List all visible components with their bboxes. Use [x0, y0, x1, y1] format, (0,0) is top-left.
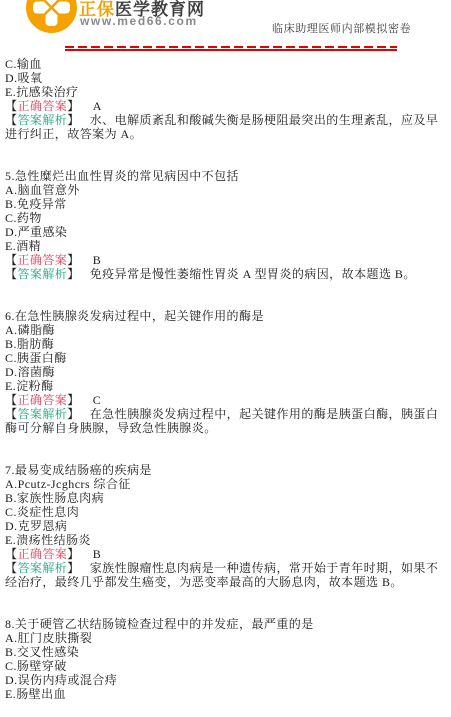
option-item: B.免疫异常: [5, 197, 445, 211]
option-item: A.脑血管意外: [5, 183, 445, 197]
bracket-open: 【: [5, 407, 17, 421]
option-item: E.淀粉酶: [5, 379, 445, 393]
exam-paper-page: 正保医学教育网 www.med66.com 临床助理医师内部模拟密卷 C.输血 …: [0, 0, 451, 717]
answer-analysis-line: 【答案解析】水、电解质紊乱和酸碱失衡是肠梗阻最突出的生理紊乱，应及早进行纠正，故…: [5, 113, 445, 141]
option-item: C.肠壁穿破: [5, 659, 445, 673]
bracket-open: 【: [5, 113, 17, 127]
bracket-open: 【: [5, 267, 17, 281]
page-header: 正保医学教育网 www.med66.com 临床助理医师内部模拟密卷: [0, 0, 451, 52]
question-block-8: 8.关于硬管乙状结肠镜检查过程中的并发症，最严重的是 A.肛门皮肤撕裂 B.交叉…: [5, 617, 445, 701]
option-item: A.肛门皮肤撕裂: [5, 631, 445, 645]
answer-letter: C: [93, 393, 101, 407]
option-item: C.输血: [5, 57, 445, 71]
question-stem: 8.关于硬管乙状结肠镜检查过程中的并发症，最严重的是: [5, 617, 445, 631]
question-stem: 7.最易变成结肠癌的疾病是: [5, 463, 445, 477]
correct-answer-label: 正确答案: [17, 547, 67, 561]
answer-letter: B: [93, 253, 101, 267]
answer-analysis-label: 答案解析: [17, 267, 67, 281]
bracket-open: 【: [5, 99, 17, 113]
correct-answer-line: 【正确答案】A: [5, 99, 445, 113]
answer-analysis-label: 答案解析: [17, 113, 67, 127]
option-item: E.酒精: [5, 239, 445, 253]
bracket-close: 】: [67, 547, 79, 561]
answer-letter: B: [93, 547, 101, 561]
answer-analysis-line: 【答案解析】家族性腺瘤性息肉病是一种遗传病，常开始于青年时期，如果不经治疗，最终…: [5, 561, 445, 589]
option-item: E.溃疡性结肠炎: [5, 533, 445, 547]
option-item: C.胰蛋白酶: [5, 351, 445, 365]
option-item: E.抗感染治疗: [5, 85, 445, 99]
bracket-close: 】: [67, 253, 79, 267]
answer-analysis-label: 答案解析: [17, 407, 67, 421]
correct-answer-line: 【正确答案】B: [5, 547, 445, 561]
correct-answer-line: 【正确答案】B: [5, 253, 445, 267]
correct-answer-label: 正确答案: [17, 393, 67, 407]
bracket-close: 】: [67, 561, 79, 575]
option-item: D.误伤内痔或混合痔: [5, 673, 445, 687]
option-item: D.溶菌酶: [5, 365, 445, 379]
option-item: D.吸氧: [5, 71, 445, 85]
option-item: B.家族性肠息肉病: [5, 491, 445, 505]
option-item: B.交叉性感染: [5, 645, 445, 659]
exam-title: 临床助理医师内部模拟密卷: [272, 20, 411, 36]
bracket-close: 】: [67, 113, 79, 127]
bracket-close: 】: [67, 407, 79, 421]
divider-dashed-line: [65, 46, 397, 48]
bracket-close: 】: [67, 393, 79, 407]
bracket-close: 】: [67, 99, 79, 113]
question-stem: 5.急性糜烂出血性胃炎的常见病因中不包括: [5, 169, 445, 183]
bracket-open: 【: [5, 547, 17, 561]
option-item: D.严重感染: [5, 225, 445, 239]
question-block-4: C.输血 D.吸氧 E.抗感染治疗 【正确答案】A 【答案解析】水、电解质紊乱和…: [5, 57, 445, 141]
brand-url: www.med66.com: [80, 14, 198, 28]
answer-letter: A: [93, 99, 102, 113]
answer-analysis-line: 【答案解析】免疫异常是慢性萎缩性胃炎 A 型胃炎的病因，故本题选 B。: [5, 267, 445, 281]
answer-analysis-line: 【答案解析】在急性胰腺炎发病过程中，起关键作用的酶是胰蛋白酶，胰蛋白酶可分解自身…: [5, 407, 445, 435]
bracket-open: 【: [5, 393, 17, 407]
answer-analysis-label: 答案解析: [17, 561, 67, 575]
option-item: D.克罗恩病: [5, 519, 445, 533]
question-block-5: 5.急性糜烂出血性胃炎的常见病因中不包括 A.脑血管意外 B.免疫异常 C.药物…: [5, 169, 445, 281]
exam-content: C.输血 D.吸氧 E.抗感染治疗 【正确答案】A 【答案解析】水、电解质紊乱和…: [0, 52, 451, 701]
option-item: A.磷脂酶: [5, 323, 445, 337]
correct-answer-line: 【正确答案】C: [5, 393, 445, 407]
correct-answer-label: 正确答案: [17, 253, 67, 267]
question-block-7: 7.最易变成结肠癌的疾病是 A.Pcutz-Jcghcrs 综合征 B.家族性肠…: [5, 463, 445, 589]
option-item: B.脂肪酶: [5, 337, 445, 351]
med66-cross-circle-icon: [26, 0, 77, 33]
question-block-6: 6.在急性胰腺炎发病过程中，起关键作用的酶是 A.磷脂酶 B.脂肪酶 C.胰蛋白…: [5, 309, 445, 435]
bracket-open: 【: [5, 253, 17, 267]
divider-solid-line: [65, 49, 397, 51]
option-item: A.Pcutz-Jcghcrs 综合征: [5, 477, 445, 491]
question-stem: 6.在急性胰腺炎发病过程中，起关键作用的酶是: [5, 309, 445, 323]
bracket-open: 【: [5, 561, 17, 575]
option-item: E.肠壁出血: [5, 687, 445, 701]
option-item: C.药物: [5, 211, 445, 225]
correct-answer-label: 正确答案: [17, 99, 67, 113]
option-item: C.炎症性息肉: [5, 505, 445, 519]
analysis-text: 免疫异常是慢性萎缩性胃炎 A 型胃炎的病因，故本题选 B。: [90, 267, 416, 281]
header-divider: [65, 46, 397, 51]
bracket-close: 】: [67, 267, 79, 281]
